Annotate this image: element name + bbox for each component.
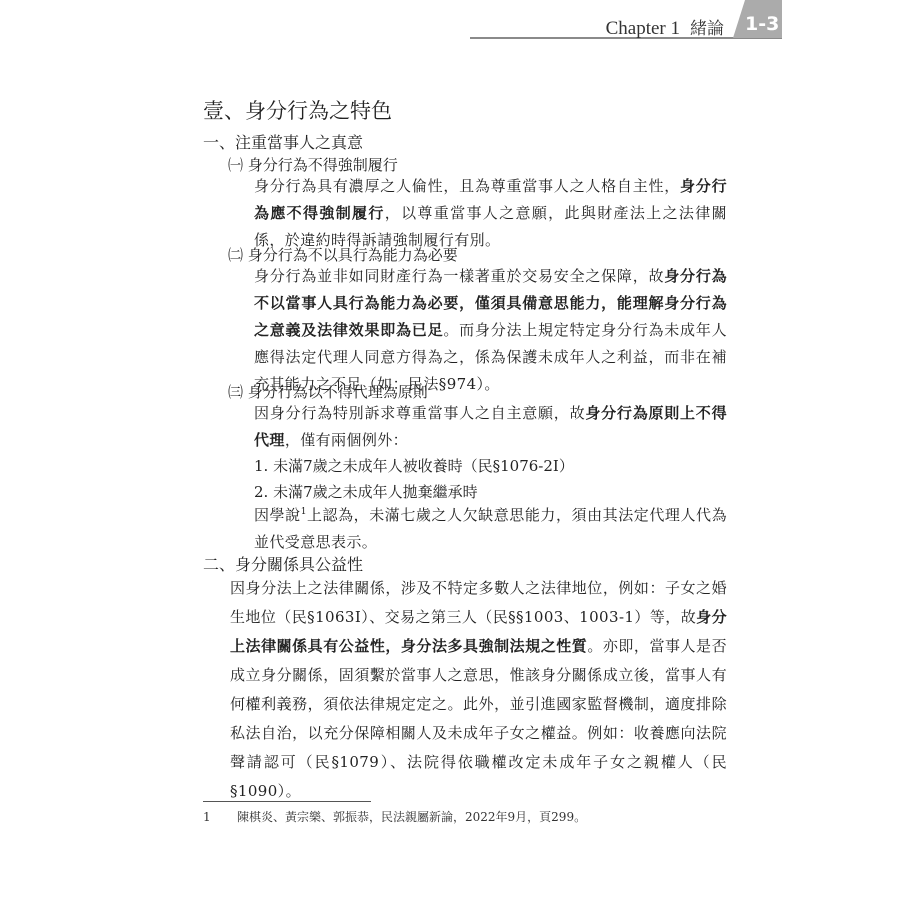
subsection-title-2: 二、身分關係具公益性 xyxy=(203,552,363,575)
chapter-title: 緒論 xyxy=(690,19,724,38)
chapter-label: Chapter 1 xyxy=(606,18,680,39)
section-title: 壹、身分行為之特色 xyxy=(203,95,392,125)
item-paragraph-3b: 因學說1上認為，未滿七歲之人欠缺意思能力，須由其法定代理人代為並代受意思表示。 xyxy=(254,499,727,556)
item-paragraph-1: 身分行為具有濃厚之人倫性，且為尊重當事人之人格自主性，身分行為應不得強制履行，以… xyxy=(254,173,727,254)
subsection-paragraph-2: 因身分法上之法律關係，涉及不特定多數人之法律地位，例如：子女之婚生地位（民§10… xyxy=(230,574,727,806)
footnote-number: 1 xyxy=(203,810,237,824)
running-head: Chapter 1緒論 xyxy=(606,14,724,40)
item-heading-2: ㈡ 身分行為不以具行為能力為必要 xyxy=(228,244,458,265)
footnote: 1陳棋炎、黃宗樂、郭振恭，民法親屬新論，2022年9月，頁299。 xyxy=(203,808,586,825)
item-paragraph-3: 因身分行為特別訴求尊重當事人之自主意願，故身分行為原則上不得代理，僅有兩個例外： xyxy=(254,400,727,454)
footnote-divider xyxy=(203,801,371,802)
subsection-title-1: 一、注重當事人之真意 xyxy=(203,130,363,153)
item-paragraph-2: 身分行為並非如同財產行為一樣著重於交易安全之保障，故身分行為不以當事人具行為能力… xyxy=(254,263,727,398)
item-heading-3: ㈢ 身分行為以不得代理為原則 xyxy=(228,381,428,402)
list-item: 1. 未滿7歲之未成年人被收養時（民§1076-2Ⅰ） xyxy=(254,455,574,476)
footnote-text: 陳棋炎、黃宗樂、郭振恭，民法親屬新論，2022年9月，頁299。 xyxy=(237,810,586,824)
page-number: 1-3 xyxy=(745,13,779,35)
item-heading-1: ㈠ 身分行為不得強制履行 xyxy=(228,154,398,175)
